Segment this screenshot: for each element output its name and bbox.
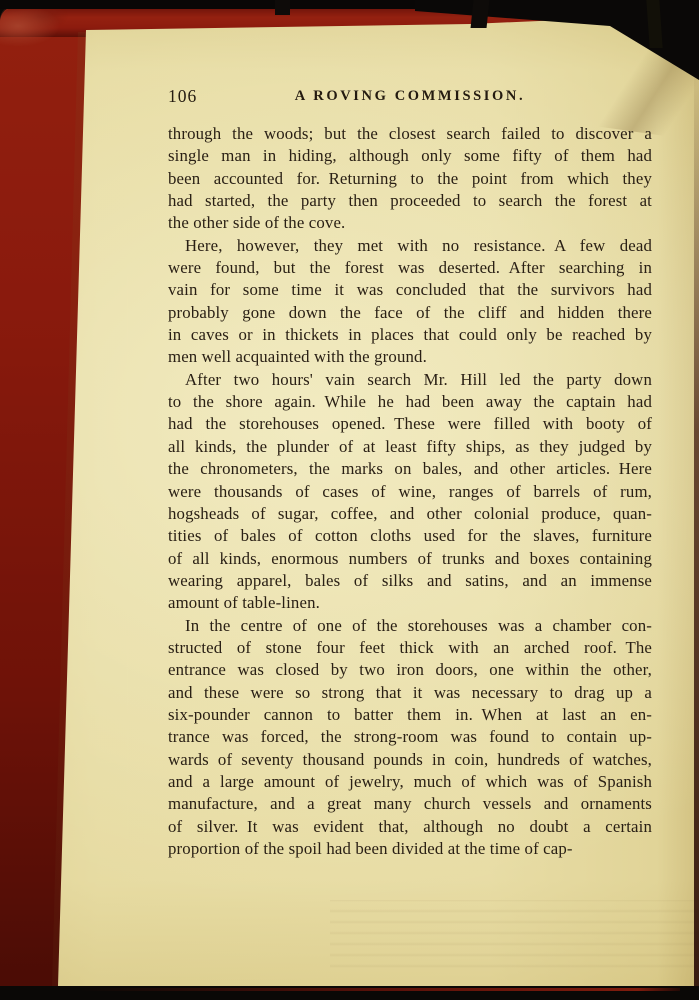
text-line: of silver. It was evident that, although… — [168, 816, 652, 838]
text-block: 106 A ROVING COMMISSION. through the woo… — [168, 86, 652, 860]
text-line: six-pounder cannon to batter them in. Wh… — [168, 704, 652, 726]
text-line: amount of table-linen. — [168, 592, 652, 614]
text-line: proportion of the spoil had been divided… — [168, 838, 652, 860]
text-line: wearing apparel, bales of silks and sati… — [168, 570, 652, 592]
right-page-edge — [694, 60, 699, 990]
text-line: trance was forced, the strong-room was f… — [168, 726, 652, 748]
scan-artifact-tab — [471, 0, 490, 28]
paragraph: Here, however, they met with no resistan… — [168, 235, 652, 369]
text-line: Here, however, they met with no resistan… — [168, 235, 652, 257]
text-line: tities of bales of cotton cloths used fo… — [168, 525, 652, 547]
text-line: structed of stone four feet thick with a… — [168, 637, 652, 659]
text-line: to the shore again. While he had been aw… — [168, 391, 652, 413]
book-scan: 106 A ROVING COMMISSION. through the woo… — [0, 0, 699, 1000]
page-curvature-streaks — [330, 900, 699, 970]
paragraph: In the centre of one of the storehouses … — [168, 615, 652, 861]
text-line: and a large amount of jewelry, much of w… — [168, 771, 652, 793]
text-line: had started, the party then proceeded to… — [168, 190, 652, 212]
text-line: were found, but the forest was deserted.… — [168, 257, 652, 279]
text-line: wards of seventy thousand pounds in coin… — [168, 749, 652, 771]
text-line: in caves or in thickets in places that c… — [168, 324, 652, 346]
page-body: through the woods; but the closest searc… — [168, 123, 652, 860]
text-line: men well acquainted with the ground. — [168, 346, 652, 368]
text-line: After two hours' vain search Mr. Hill le… — [168, 369, 652, 391]
text-line: all kinds, the plunder of at least fifty… — [168, 436, 652, 458]
paragraph: After two hours' vain search Mr. Hill le… — [168, 369, 652, 615]
text-line: been accounted for. Returning to the poi… — [168, 168, 652, 190]
page-header: 106 A ROVING COMMISSION. — [168, 86, 652, 108]
text-line: manufacture, and a great many church ves… — [168, 793, 652, 815]
text-line: entrance was closed by two iron doors, o… — [168, 659, 652, 681]
scan-artifact-tab — [275, 0, 290, 15]
text-line: single man in hiding, although only some… — [168, 145, 652, 167]
text-line: had the storehouses opened. These were f… — [168, 413, 652, 435]
text-line: In the centre of one of the storehouses … — [168, 615, 652, 637]
text-line: the other side of the cove. — [168, 212, 652, 234]
running-title: A ROVING COMMISSION. — [168, 88, 652, 105]
text-line: probably gone down the face of the cliff… — [168, 302, 652, 324]
text-line: of all kinds, enormous numbers of trunks… — [168, 548, 652, 570]
bottom-cover-edge — [80, 988, 680, 991]
text-line: and these were so strong that it was nec… — [168, 682, 652, 704]
text-line: hogsheads of sugar, coffee, and other co… — [168, 503, 652, 525]
text-line: were thousands of cases of wine, ranges … — [168, 481, 652, 503]
scanned-page: 106 A ROVING COMMISSION. through the woo… — [0, 0, 699, 1000]
paragraph: through the woods; but the closest searc… — [168, 123, 652, 235]
text-line: through the woods; but the closest searc… — [168, 123, 652, 145]
text-line: the chronometers, the marks on bales, an… — [168, 458, 652, 480]
text-line: vain for some time it was concluded that… — [168, 279, 652, 301]
